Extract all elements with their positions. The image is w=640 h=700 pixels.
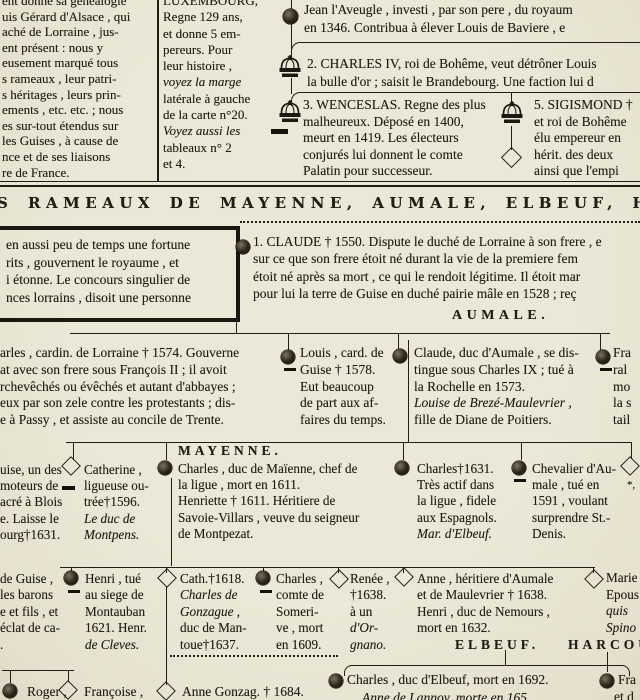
text-line: .: [0, 637, 62, 653]
text-line: Eut beaucoup: [300, 379, 396, 396]
text-line: Le duc de: [84, 511, 166, 527]
text-line: nces lorrains , disoit une personne: [6, 289, 236, 307]
text-line: LUXEMBOURG,: [163, 0, 251, 9]
entry-etd-cut-right: et d: [614, 689, 634, 700]
text-line: Louise de Brezé-Maulevrier ,: [414, 395, 602, 412]
text-line: meurt en 1419. Les électeurs: [303, 130, 508, 147]
text-line: rchevêchés ou évêchés et autant d'abbaye…: [0, 379, 282, 396]
text-line: comte de: [276, 587, 334, 603]
section-header-harcourt: HARCOU: [568, 637, 640, 653]
drop-line: [288, 333, 289, 350]
text-line: Henriette † 1611. Héritiere de: [178, 493, 392, 509]
bracket-line: [291, 42, 640, 56]
descent-line: [607, 652, 608, 672]
entry-charles-1631: Charles†1631.Très actif dansla ligue , f…: [417, 461, 517, 542]
text-line: Catherine ,: [84, 462, 166, 478]
text-line: de Cleves.: [85, 637, 165, 653]
descent-line: [505, 650, 506, 666]
text-line: Charles , duc de Maïenne, chef de: [178, 461, 392, 477]
text-line: de Montpezat.: [178, 526, 392, 542]
text-line: Savoie-Villars , veuve du seigneur: [178, 510, 392, 526]
text-line: ligueuse ou-: [84, 478, 166, 494]
portrait-icon: [236, 240, 250, 254]
text-line: uise, un des: [0, 462, 64, 478]
text-line: sur ce que son frere étoit né durant la …: [253, 250, 640, 267]
text-line: Spino: [606, 620, 640, 637]
text-line: mo: [613, 379, 640, 396]
descent-line: [236, 316, 237, 334]
text-line: Guise † 1578.: [300, 362, 396, 379]
text-line: rits , gouvernent le royaume , et: [6, 254, 236, 272]
text-line: 3. WENCESLAS. Regne des plus: [303, 97, 508, 114]
text-line: Regne 129 ans,: [163, 9, 251, 25]
descent-line: [166, 586, 167, 685]
drop-line: [521, 442, 522, 460]
dotted-leader: [240, 221, 640, 223]
portrait-icon: [256, 571, 270, 585]
text-line: †1638.: [350, 587, 405, 603]
entry-renee-1638: Renée ,†1638.à und'Or-gnano.: [350, 571, 405, 653]
marriage-dash: [514, 479, 526, 482]
text-line: étoit né après sa mort , ce qui le rendo…: [253, 268, 640, 285]
text-line: 1591 , voulant: [532, 493, 632, 509]
text-line: la Rochelle en 1573.: [414, 379, 602, 396]
drop-line: [10, 670, 11, 683]
marriage-dash: [271, 129, 288, 134]
text-line: faires du temps.: [300, 412, 396, 429]
text-line: s rameaux , leur patri-: [2, 71, 156, 87]
text-line: au siege de: [85, 587, 165, 603]
descent-line: [291, 78, 292, 94]
text-line: la ligue , mort en 1611.: [178, 477, 392, 493]
entry-claude-duc-aumale: Claude, duc d'Aumale , se dis-tingue sou…: [414, 345, 602, 429]
text-line: Marie: [606, 570, 640, 587]
lozenge-icon: [156, 681, 176, 700]
text-line: Très actif dans: [417, 477, 517, 493]
text-line: latérale à gauche: [163, 91, 251, 107]
entry-charles-iv: 2. CHARLES IV, roi de Bohême, veut détrô…: [307, 55, 640, 90]
marriage-dash: [260, 590, 272, 593]
text-line: 1. CLAUDE † 1550. Dispute le duché de Lo…: [253, 233, 640, 250]
portrait-icon: [64, 571, 78, 585]
text-line: de part aux af-: [300, 395, 396, 412]
text-line: la ligue , fidele: [417, 493, 517, 509]
text-line: pereurs. Pour: [163, 42, 251, 58]
column-rule: [408, 340, 409, 443]
luxembourg-note-column: LUXEMBOURG,Regne 129 ans,et donne 5 em-p…: [163, 0, 251, 172]
portrait-icon: [596, 350, 610, 364]
text-line: malheureux. Déposé en 1400,: [303, 114, 508, 131]
marriage-dash: [600, 368, 612, 371]
entry-anne-gonzague: Anne Gonzag. † 1684.: [182, 684, 304, 700]
section-header-elbeuf: ELBEUF.: [455, 637, 539, 653]
marriage-dash: [284, 368, 296, 371]
portrait-icon: [512, 461, 526, 475]
entry-marie-cut-right: MarieEpousquisSpino: [606, 570, 640, 636]
drop-line: [166, 442, 167, 460]
text-line: les Guises , à cause de: [2, 133, 156, 149]
column-rule: [157, 0, 159, 182]
text-line: à un: [350, 604, 405, 620]
text-line: et 4.: [163, 156, 251, 172]
entry-catherine-ligueuse: Catherine ,ligueuse ou-trée†1596.Le duc …: [84, 462, 166, 543]
text-line: la bulle d'or ; saisit le Brandebourg. U…: [307, 73, 640, 91]
text-line: Voyez aussi les: [163, 123, 251, 139]
text-line: surprendre St.-: [532, 510, 632, 526]
text-line: ral: [613, 362, 640, 379]
text-line: voyez la marge: [163, 74, 251, 90]
text-line: Mar. d'Elbeuf.: [417, 526, 517, 542]
text-line: duc de Man-: [180, 620, 262, 636]
entry-claude-1550: 1. CLAUDE † 1550. Dispute le duché de Lo…: [253, 233, 640, 303]
entry-charles-cardinal-lorraine: arles , cardin. de Lorraine † 1574. Gouv…: [0, 345, 282, 429]
text-line: pour lui la terre de Guise en duché pair…: [253, 285, 640, 302]
marriage-dash: [68, 590, 80, 593]
text-line: Jean l'Aveugle , investi , par son pere …: [304, 1, 640, 19]
text-line: ainsi que l'empi: [534, 163, 640, 180]
text-line: tableaux n° 2: [163, 140, 251, 156]
text-line: ent donné sa généalogie: [2, 0, 156, 9]
entry-charles-duc-mayenne: Charles , duc de Maïenne, chef dela ligu…: [178, 461, 392, 542]
entry-charles-somerive: Charles ,comte deSomeri-ve , morten 1609…: [276, 571, 334, 653]
text-line: uis Gérard d'Alsace , qui: [2, 9, 156, 25]
crown-icon: [277, 55, 303, 78]
text-line: d'Or-: [350, 620, 405, 636]
section-title: S RAMEAUX DE MAYENNE, AUMALE, ELBEUF, HA…: [0, 194, 640, 212]
text-line: Henri , duc de Nemours ,: [417, 604, 607, 620]
text-line: Montpens.: [84, 527, 166, 543]
entry-cut-right-francois: Fraralmola stail: [613, 345, 640, 429]
column-rule: [171, 478, 172, 566]
portrait-icon: [393, 349, 407, 363]
text-line: gnano.: [350, 637, 405, 653]
text-line: eux par son zele contre les protestants …: [0, 395, 282, 412]
text-line: i étonne. Le concours singulier de: [6, 271, 236, 289]
text-line: de Guise ,: [0, 571, 62, 587]
rake-line: [60, 567, 595, 568]
text-line: es sur-tout étendus sur: [2, 118, 156, 134]
text-line: 5. SIGISMOND †: [534, 97, 640, 114]
portrait-icon: [600, 674, 614, 688]
text-line: la s: [613, 395, 640, 412]
section-rule: [0, 185, 640, 188]
text-line: Charles†1631.: [417, 461, 517, 477]
text-line: Epous: [606, 587, 640, 604]
text-line: Fra: [613, 345, 640, 362]
entry-cut-left-guise: uise, un desmoteurs deacré à Bloise. Lai…: [0, 462, 64, 543]
text-line: élu empereur en: [534, 130, 640, 147]
text-line: leur histoire ,: [163, 58, 251, 74]
entry-charles-duc-elbeuf: Charles , duc d'Elbeuf, mort en 1692.: [347, 672, 549, 688]
text-line: Gonzague ,: [180, 604, 262, 620]
text-line: ent présent : nous y: [2, 40, 156, 56]
text-line: re de France.: [2, 165, 156, 181]
text-line: ve , mort: [276, 620, 334, 636]
entry-henri-montauban: Henri , tuéau siege deMontauban1621. Hen…: [85, 571, 165, 653]
text-line: Claude, duc d'Aumale , se dis-: [414, 345, 602, 362]
portrait-icon: [395, 461, 409, 475]
text-line: male , tué en: [532, 477, 632, 493]
text-line: at avec son frere sous François II ; il …: [0, 362, 282, 379]
text-line: tail: [613, 412, 640, 429]
rake-line: [70, 333, 610, 334]
text-line: trée†1596.: [84, 494, 166, 510]
text-line: Palatin pour successeur.: [303, 163, 508, 180]
section-header-mayenne: MAYENNE.: [178, 443, 282, 459]
entry-francoise: Françoise ,: [84, 684, 143, 700]
crown-icon: [277, 100, 303, 123]
text-line: fille de Diane de Poitiers.: [414, 412, 602, 429]
text-line: et de Maulevrier † 1638.: [417, 587, 607, 603]
text-line: nce et de ses liaisons: [2, 149, 156, 165]
text-line: quis: [606, 603, 640, 620]
text-line: e à Passy , et assiste au concile de Tre…: [0, 412, 282, 429]
text-line: aché de Lorraine , jus-: [2, 24, 156, 40]
entry-anne-heritiere-aumale: Anne , héritiere d'Aumaleet de Maulevrie…: [417, 571, 607, 637]
text-line: de la carte n°20.: [163, 107, 251, 123]
text-line: eusement marqué tous: [2, 55, 156, 71]
text-line: conjurés lui donnent le comte: [303, 147, 508, 164]
drop-line: [398, 333, 399, 349]
text-line: tingue sous Charles IX ; tué à: [414, 362, 602, 379]
dotted-leader: [170, 655, 338, 657]
text-line: Charles de: [180, 587, 262, 603]
portrait-icon: [158, 461, 172, 475]
drop-line: [403, 442, 404, 460]
text-line: et roi de Bohême: [534, 114, 640, 131]
text-line: Anne , héritiere d'Aumale: [417, 571, 607, 587]
text-line: Charles ,: [276, 571, 334, 587]
entry-fra-cut-right: Fra: [618, 672, 636, 688]
rake-line: [66, 442, 632, 443]
text-line: les barons: [0, 587, 62, 603]
portrait-icon: [283, 9, 298, 24]
text-line: Chevalier d'Au-: [532, 461, 632, 477]
entry-louis-cardinal-guise: Louis , card. deGuise † 1578.Eut beaucou…: [300, 345, 396, 429]
text-line: toue†1637.: [180, 637, 262, 653]
text-line: Denis.: [532, 526, 632, 542]
text-line: 1621. Henr.: [85, 620, 165, 636]
text-line: en 1609.: [276, 637, 334, 653]
text-line: s héritages , leurs prin-: [2, 87, 156, 103]
entry-anne-lannoy: Anne de Lannoy, morte en 165: [362, 690, 527, 700]
entry-wenceslas: 3. WENCESLAS. Regne des plusmalheureux. …: [303, 97, 508, 180]
portrait-icon: [329, 674, 343, 688]
entry-catherine-gonzague: Cath.†1618.Charles deGonzague ,duc de Ma…: [180, 571, 262, 653]
text-line: aux Espagnols.: [417, 510, 517, 526]
text-line: moteurs de: [0, 478, 64, 494]
marriage-dash: [62, 486, 75, 490]
text-line: mort en 1632.: [417, 620, 607, 636]
text-line: ements , etc. etc. ; nous: [2, 102, 156, 118]
text-line: Montauban: [85, 604, 165, 620]
text-line: et donne 5 em-: [163, 26, 251, 42]
crown-icon: [499, 101, 525, 124]
intro-paragraph-left: ent donné sa généalogieuis Gérard d'Alsa…: [2, 0, 156, 180]
text-line: Louis , card. de: [300, 345, 396, 362]
quotation-box-text: en aussi peu de temps une fortunerits , …: [6, 236, 236, 306]
lozenge-icon: [61, 456, 81, 476]
rake-line: [2, 670, 74, 671]
text-line: Henri , tué: [85, 571, 165, 587]
text-line: ourg†1631.: [0, 527, 64, 543]
text-line: éclat de ca-: [0, 620, 62, 636]
section-rule: [0, 181, 640, 182]
scanned-genealogy-page: ent donné sa généalogieuis Gérard d'Alsa…: [0, 0, 640, 700]
entry-sigismond: 5. SIGISMOND †et roi de Bohêmeélu empere…: [534, 97, 640, 180]
entry-chevalier-aumale: Chevalier d'Au-male , tué en1591 , voula…: [532, 461, 632, 542]
entry-jean-l-aveugle: Jean l'Aveugle , investi , par son pere …: [304, 1, 640, 36]
text-line: acré à Blois: [0, 494, 64, 510]
portrait-icon: [281, 350, 295, 364]
entry-cut-left-barons: de Guise ,les baronse et fils , etéclat …: [0, 571, 62, 653]
text-line: 2. CHARLES IV, roi de Bohême, veut détrô…: [307, 55, 640, 73]
asterisk-marks: *,: [627, 479, 635, 491]
text-line: en aussi peu de temps une fortune: [6, 236, 236, 254]
text-line: en 1346. Contribua à élever Louis de Bav…: [304, 19, 640, 37]
text-line: Someri-: [276, 604, 334, 620]
text-line: e et fils , et: [0, 604, 62, 620]
text-line: Cath.†1618.: [180, 571, 262, 587]
text-line: arles , cardin. de Lorraine † 1574. Gouv…: [0, 345, 282, 362]
section-header-aumale: AUMALE.: [452, 308, 549, 324]
text-line: e. Laisse le: [0, 511, 64, 527]
portrait-icon: [3, 684, 17, 698]
text-line: hérit. des deux: [534, 147, 640, 164]
